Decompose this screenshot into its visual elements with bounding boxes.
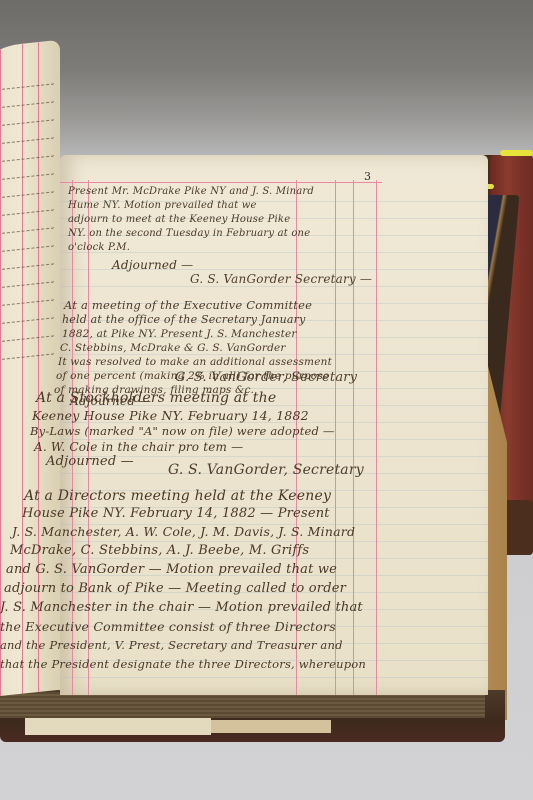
handwritten-line: It was resolved to make an additional as…	[58, 356, 332, 368]
loose-paper-slip	[211, 720, 331, 733]
loose-paper-slip	[25, 718, 211, 735]
handwritten-line: NY. on the second Tuesday in February at…	[68, 228, 310, 239]
column-rule	[353, 180, 354, 695]
handwritten-line: A. W. Cole in the chair pro tem —	[34, 440, 243, 454]
handwritten-line: By-Laws (marked "A" now on file) were ad…	[30, 424, 335, 438]
secretary-signature: G. S. VanGorder Secretary —	[190, 272, 372, 286]
handwritten-line: Keeney House Pike NY. February 14, 1882	[32, 408, 309, 423]
handwritten-line: At a Stockholders meeting at the	[36, 390, 276, 406]
handwritten-line: held at the office of the Secretary Janu…	[62, 313, 305, 326]
handwritten-line: At a Directors meeting held at the Keene…	[24, 488, 331, 504]
handwritten-line: C. Stebbins, McDrake & G. S. VanGorder	[60, 342, 286, 354]
page-number: 3	[364, 170, 371, 183]
handwritten-line: J. S. Manchester, A. W. Cole, J. M. Davi…	[12, 524, 355, 539]
handwritten-line: adjourn to Bank of Pike — Meeting called…	[4, 581, 346, 596]
handwritten-line: Hume NY. Motion prevailed that we	[68, 200, 257, 211]
handwritten-line: and the President, V. Prest, Secretary a…	[0, 638, 343, 652]
handwritten-line: adjourn to meet at the Keeney House Pike	[68, 214, 290, 225]
handwritten-line: o'clock P.M.	[68, 242, 130, 253]
handwritten-line: 1882, at Pike NY. Present J. S. Manchest…	[62, 328, 297, 340]
handwritten-line: At a meeting of the Executive Committee	[64, 298, 312, 312]
header-rule	[60, 182, 382, 183]
ledger-page-edges	[0, 692, 485, 718]
adjourned-text: Adjourned —	[46, 454, 134, 469]
handwritten-line: that the President designate the three D…	[0, 657, 366, 671]
adjourned-text: Adjourned —	[112, 258, 193, 272]
column-rule	[376, 180, 377, 695]
secretary-signature: G. S. VanGorder, Secretary	[175, 370, 357, 385]
handwritten-line: McDrake, C. Stebbins, A. J. Beebe, M. Gr…	[10, 543, 309, 558]
handwritten-line: J. S. Manchester in the chair — Motion p…	[0, 600, 363, 615]
handwritten-line: Present Mr. McDrake Pike NY and J. S. Mi…	[68, 186, 314, 197]
handwritten-line: the Executive Committee consist of three…	[0, 619, 336, 634]
secretary-signature: G. S. VanGorder, Secretary	[168, 462, 364, 478]
yellow-bookmark	[500, 150, 533, 156]
column-rule	[335, 180, 336, 695]
handwritten-line: and G. S. VanGorder — Motion prevailed t…	[6, 562, 337, 577]
handwritten-line: House Pike NY. February 14, 1882 — Prese…	[22, 506, 330, 521]
